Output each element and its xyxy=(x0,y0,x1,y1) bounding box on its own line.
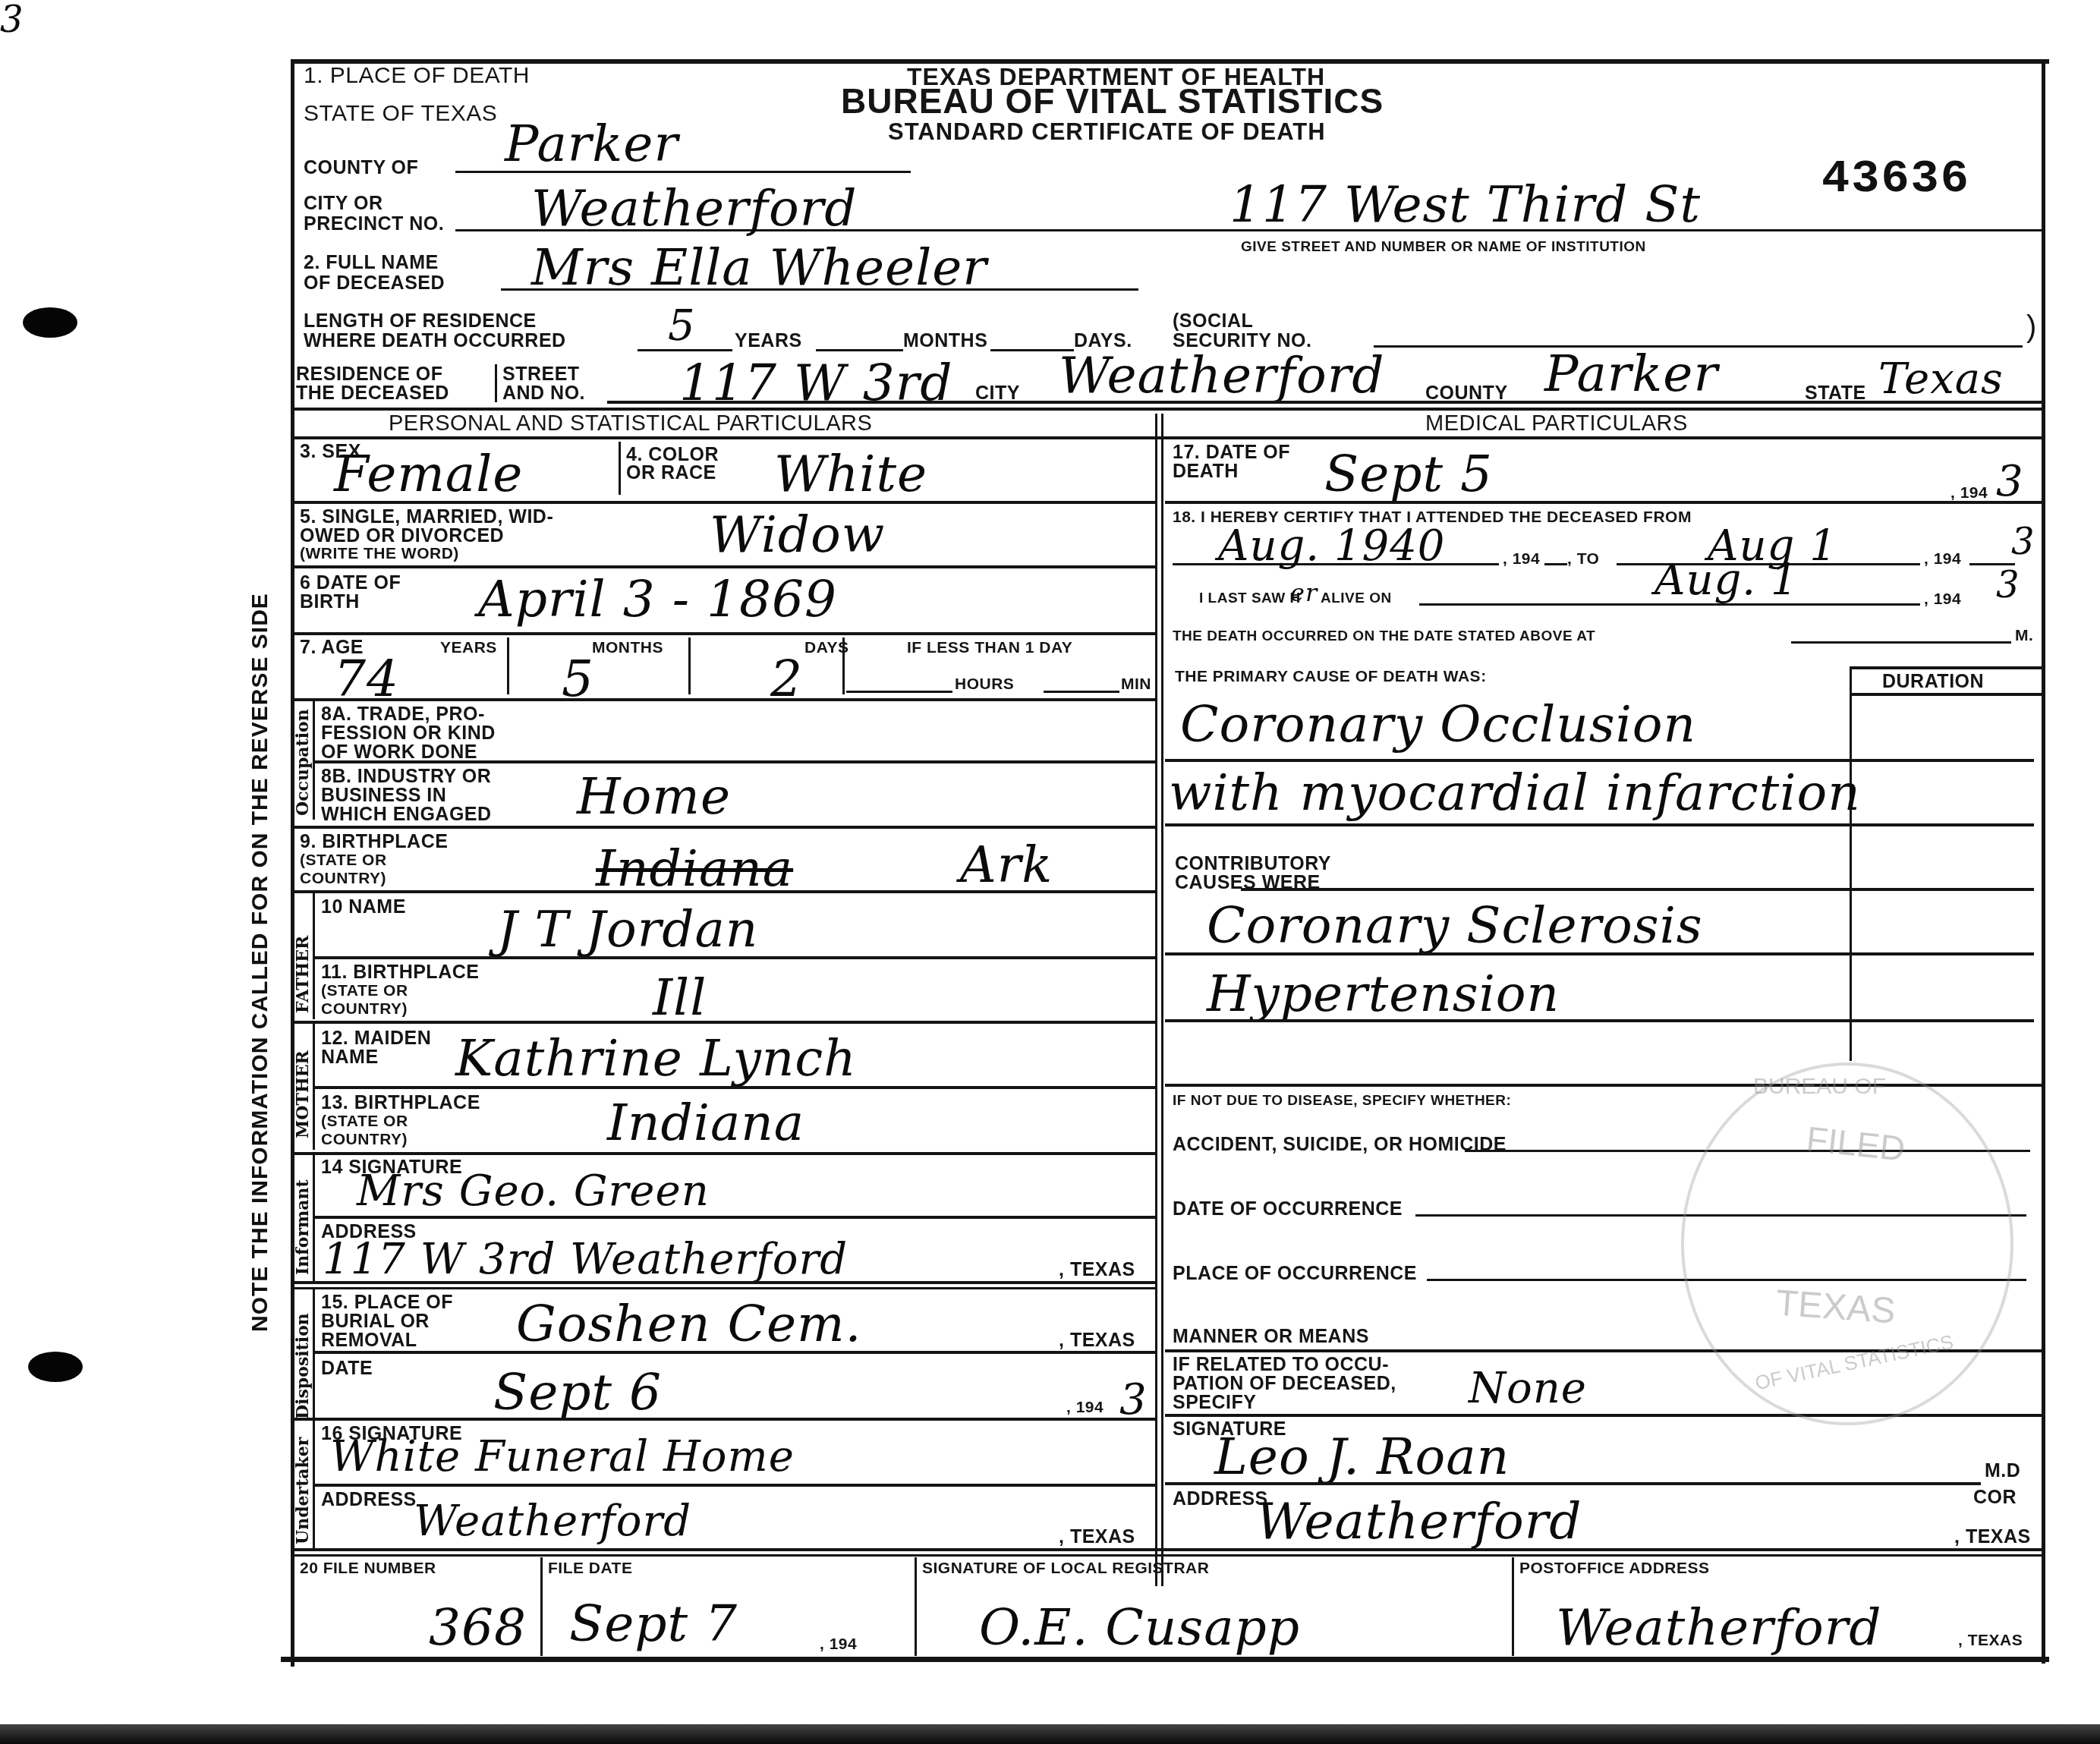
row-line-contributory xyxy=(1241,888,2034,891)
registrar-value[interactable]: O.E. Cusapp xyxy=(979,1601,1300,1654)
residence-line xyxy=(607,401,2042,404)
row-line-dod xyxy=(1165,501,2042,504)
filing-texas-suffix: , TEXAS xyxy=(1958,1632,2023,1649)
residence-county-value[interactable]: Parker xyxy=(1544,348,1718,401)
not-disease-label: IF NOT DUE TO DISEASE, SPECIFY WHETHER: xyxy=(1173,1093,1511,1109)
burial-date-value[interactable]: Sept 6 xyxy=(493,1366,662,1419)
mother-tab-divider xyxy=(313,1021,315,1150)
trade-label-3: OF WORK DONE xyxy=(321,742,477,763)
full-name-value[interactable]: Mrs Ella Wheeler xyxy=(531,241,987,294)
undertaker-address-value[interactable]: Weatherford xyxy=(414,1499,691,1544)
last-saw-year-prefix: , 194 xyxy=(1924,590,1961,608)
industry-label-2: BUSINESS IN xyxy=(321,785,446,806)
last-saw-label-2: ALIVE ON xyxy=(1321,590,1392,606)
industry-label-1: 8B. INDUSTRY OR xyxy=(321,767,491,787)
md-label: M.D xyxy=(1985,1461,2020,1481)
postoffice-value[interactable]: Weatherford xyxy=(1556,1601,1881,1654)
column-divider-right xyxy=(1161,414,1163,1586)
scan-edge-band xyxy=(0,1724,2100,1744)
marital-label-1: 5. SINGLE, MARRIED, WID- xyxy=(300,507,553,527)
row-line-father-name xyxy=(313,956,1155,959)
death-time-suffix: M. xyxy=(2015,627,2033,644)
marital-label-3: (WRITE THE WORD) xyxy=(300,545,459,562)
occupation-tab-divider xyxy=(313,698,315,820)
contributory-line1[interactable]: Coronary Sclerosis xyxy=(1207,899,1703,952)
row-line-primary-1 xyxy=(1165,759,2034,762)
burial-year-digit[interactable]: 3 xyxy=(1119,1377,1148,1423)
form-title: STANDARD CERTIFICATE OF DEATH xyxy=(888,121,1326,142)
full-name-label-1: 2. FULL NAME xyxy=(304,253,439,273)
age-years-label: YEARS xyxy=(440,639,497,656)
row-line-informant-address-2 xyxy=(292,1287,1155,1289)
physician-signature-value[interactable]: Leo J. Roan xyxy=(1214,1431,1510,1484)
certificate-number: 43636 xyxy=(1821,152,1970,206)
row-line-burial xyxy=(313,1351,1155,1354)
father-name-value[interactable]: J T Jordan xyxy=(497,903,758,956)
file-year-prefix: , 194 xyxy=(820,1635,857,1653)
section-title-line xyxy=(292,436,2042,439)
stamp-top-text: BUREAU OF xyxy=(1753,1074,1886,1100)
file-number-label: 20 FILE NUMBER xyxy=(300,1560,436,1577)
residence-years-value[interactable]: 5 xyxy=(668,304,696,349)
duration-label: DURATION xyxy=(1882,672,1984,692)
row-line-age xyxy=(292,698,1155,701)
birthplace-label-1: 9. BIRTHPLACE xyxy=(300,832,448,852)
column-divider-left xyxy=(1155,414,1157,1586)
occupation-related-value[interactable]: None xyxy=(1469,1366,1587,1412)
informant-signature-value[interactable]: Mrs Geo. Green xyxy=(357,1169,710,1214)
less-than-day-label: IF LESS THAN 1 DAY xyxy=(907,639,1072,656)
to-label: , TO xyxy=(1567,550,1599,568)
undertaker-address-label: ADDRESS xyxy=(321,1490,417,1510)
age-divider-2 xyxy=(688,637,691,694)
cor-label: COR xyxy=(1973,1487,2017,1508)
personal-section-title: PERSONAL AND STATISTICAL PARTICULARS xyxy=(389,414,872,434)
father-birthplace-label-2: (STATE OR xyxy=(321,982,408,999)
birthplace-struck-value: Indiana xyxy=(596,842,793,896)
county-of-label: COUNTY OF xyxy=(304,158,418,178)
contributory-label-1: CONTRIBUTORY xyxy=(1175,854,1331,874)
row-line-mother-birthplace xyxy=(292,1152,1155,1155)
last-saw-pronoun[interactable]: er xyxy=(1290,573,1318,612)
row-line-mother-maiden xyxy=(313,1086,1155,1089)
primary-cause-line1[interactable]: Coronary Occlusion xyxy=(1180,698,1696,751)
dob-label-1: 6 DATE OF xyxy=(300,573,401,593)
punch-hole-top xyxy=(23,307,77,338)
mother-birthplace-label-3: COUNTRY) xyxy=(321,1131,408,1148)
full-name-label-2: OF DECEASED xyxy=(304,273,445,294)
burial-label-3: REMOVAL xyxy=(321,1330,417,1351)
dod-year-prefix: , 194 xyxy=(1950,484,1988,502)
min-line xyxy=(1044,691,1119,693)
row-line-undertaker-address xyxy=(292,1548,2042,1551)
burial-date-label: DATE xyxy=(321,1358,373,1379)
marital-value[interactable]: Widow xyxy=(710,508,885,562)
industry-label-3: WHICH ENGAGED xyxy=(321,804,492,825)
row-line-undertaker-address-2 xyxy=(292,1554,2042,1557)
file-date-label: FILE DATE xyxy=(548,1560,632,1577)
attended-from-year-line xyxy=(1544,563,1567,565)
years-line xyxy=(638,349,732,351)
place-of-death-label: 1. PLACE OF DEATH xyxy=(304,65,530,86)
ssn-close-paren: ) xyxy=(2026,317,2037,338)
file-date-value[interactable]: Sept 7 xyxy=(569,1598,738,1651)
frame-bottom xyxy=(281,1657,2049,1662)
primary-cause-line2[interactable]: with myocardial infarction xyxy=(1169,767,1861,820)
father-birthplace-label-3: COUNTRY) xyxy=(321,1000,408,1018)
reverse-side-note: NOTE THE INFORMATION CALLED FOR ON THE R… xyxy=(247,593,273,1332)
mother-birthplace-label-2: (STATE OR xyxy=(321,1113,408,1130)
death-time-label: THE DEATH OCCURRED ON THE DATE STATED AB… xyxy=(1173,628,1595,644)
burial-year-prefix: , 194 xyxy=(1066,1399,1104,1416)
city-value[interactable]: Weatherford xyxy=(531,182,857,235)
hours-label: HOURS xyxy=(955,675,1014,693)
mother-birthplace-value[interactable]: Indiana xyxy=(607,1097,804,1150)
residence-label-1: RESIDENCE OF xyxy=(296,364,443,385)
row-line-marital xyxy=(292,565,1155,568)
bureau-title: BUREAU OF VITAL STATISTICS xyxy=(841,91,1384,112)
row-line-informant-sig xyxy=(313,1216,1155,1219)
registrar-label: SIGNATURE OF LOCAL REGISTRAR xyxy=(922,1560,1209,1577)
informant-address-value[interactable]: 117 W 3rd Weatherford xyxy=(323,1237,848,1283)
attended-to-year-prefix: , 194 xyxy=(1924,550,1961,568)
mother-maiden-label-2: NAME xyxy=(321,1047,379,1068)
city-precinct-label-1: CITY OR xyxy=(304,194,383,214)
punch-hole-bottom xyxy=(28,1352,83,1382)
residence-state-value[interactable]: Texas xyxy=(1878,357,2004,402)
place-occurrence-label: PLACE OF OCCURRENCE xyxy=(1173,1264,1417,1284)
row-line-industry xyxy=(292,826,1155,829)
months-label: MONTHS xyxy=(903,331,987,351)
mother-maiden-value[interactable]: Kathrine Lynch xyxy=(455,1032,857,1085)
father-tab: FATHER xyxy=(293,936,313,1013)
filing-divider-1 xyxy=(540,1557,543,1656)
residence-length-label-2: WHERE DEATH OCCURRED xyxy=(304,331,566,351)
row-line-physician-sig xyxy=(1165,1482,1981,1485)
filing-divider-3 xyxy=(1512,1557,1514,1656)
row-line-trade xyxy=(313,760,1155,763)
row-line-primary-2 xyxy=(1165,823,2034,826)
last-saw-year-digit[interactable]: 3 xyxy=(1996,565,2020,605)
contributory-line2[interactable]: Hypertension xyxy=(1207,968,1560,1021)
father-birthplace-value[interactable]: Ill xyxy=(653,971,707,1025)
residence-city-value[interactable]: Weatherford xyxy=(1059,349,1384,402)
father-tab-divider xyxy=(313,890,315,1019)
burial-label-1: 15. PLACE OF xyxy=(321,1292,453,1313)
duration-header-line xyxy=(1850,693,2042,696)
father-birthplace-label-1: 11. BIRTHPLACE xyxy=(321,962,479,983)
undertaker-texas-suffix: , TEXAS xyxy=(1059,1527,1135,1547)
frame-right xyxy=(2042,62,2045,1664)
color-value[interactable]: White xyxy=(774,448,927,501)
medical-section-title: MEDICAL PARTICULARS xyxy=(1425,414,1688,434)
county-of-value[interactable]: Parker xyxy=(505,118,678,171)
hours-line xyxy=(846,691,952,693)
postoffice-label: POSTOFFICE ADDRESS xyxy=(1519,1560,1710,1577)
burial-value[interactable]: Goshen Cem. xyxy=(516,1298,862,1351)
city-precinct-label-2: PRECINCT NO. xyxy=(304,214,444,235)
age-divider-1 xyxy=(507,637,509,694)
primary-cause-label: THE PRIMARY CAUSE OF DEATH WAS: xyxy=(1175,668,1487,685)
industry-value[interactable]: Home xyxy=(577,770,731,823)
disposition-tab: Disposition xyxy=(293,1313,313,1419)
sex-color-divider xyxy=(619,442,621,495)
father-name-label: 10 NAME xyxy=(321,897,406,918)
street-hint: GIVE STREET AND NUMBER OR NAME OF INSTIT… xyxy=(1241,239,1646,255)
residence-street-label-1: STREET xyxy=(502,364,580,385)
dod-value[interactable]: Sept 5 xyxy=(1324,448,1493,501)
residence-length-label-1: LENGTH OF RESIDENCE xyxy=(304,311,537,332)
file-number-value[interactable]: 368 xyxy=(429,1601,527,1654)
ssn-label-1: (SOCIAL xyxy=(1173,311,1253,332)
accident-label: ACCIDENT, SUICIDE, OR HOMICIDE xyxy=(1173,1135,1507,1155)
row-line-contributory-2 xyxy=(1165,1019,2034,1022)
physician-address-label: ADDRESS xyxy=(1173,1489,1268,1509)
physician-address-value[interactable]: Weatherford xyxy=(1256,1495,1582,1548)
residence-divider xyxy=(495,364,497,402)
frame-left xyxy=(291,59,294,1667)
years-label: YEARS xyxy=(735,331,802,351)
birthplace-value[interactable]: Ark xyxy=(960,839,1053,892)
row-line-father-birthplace xyxy=(292,1021,1155,1024)
marital-label-2: OWED OR DIVORCED xyxy=(300,526,504,546)
date-occurrence-label: DATE OF OCCURRENCE xyxy=(1173,1199,1403,1220)
row-line-dob xyxy=(292,632,1155,635)
color-label-2: OR RACE xyxy=(626,463,716,483)
death-time-line xyxy=(1791,641,2011,644)
occupation-related-label-1: IF RELATED TO OCCU- xyxy=(1173,1355,1389,1375)
birthplace-label-2: (STATE OR xyxy=(300,852,387,869)
state-of-texas-label: STATE OF TEXAS xyxy=(304,103,497,124)
undertaker-tab: Undertaker xyxy=(293,1437,313,1544)
occupation-tab: Occupation xyxy=(293,709,313,816)
undertaker-signature-value[interactable]: White Funeral Home xyxy=(330,1434,795,1480)
row-line-birthplace xyxy=(292,890,1155,893)
occupation-related-label-2: PATION OF DECEASED, xyxy=(1173,1374,1396,1394)
attended-to-year-digit[interactable]: 3 xyxy=(2011,522,2035,562)
trade-label-2: FESSION OR KIND xyxy=(321,723,496,744)
row-line-undertaker-sig xyxy=(313,1484,1155,1487)
row-line-sex xyxy=(292,501,1155,504)
sex-value[interactable]: Female xyxy=(334,448,523,501)
row-line-burial-date xyxy=(292,1418,1155,1421)
duration-top-line xyxy=(1850,666,2042,669)
file-year-digit[interactable]: 3 xyxy=(0,0,24,39)
manner-label: MANNER OR MEANS xyxy=(1173,1327,1369,1347)
burial-label-2: BURIAL OR xyxy=(321,1311,430,1332)
dod-label-1: 17. DATE OF xyxy=(1173,442,1290,463)
informant-tab: Informant xyxy=(293,1179,313,1275)
stamp-texas-text: TEXAS xyxy=(1774,1283,1897,1333)
row-line-informant-address xyxy=(292,1281,1155,1284)
age-months-label: MONTHS xyxy=(592,639,663,656)
dod-label-2: DEATH xyxy=(1173,461,1239,482)
duration-column-divider xyxy=(1850,666,1852,1061)
trade-label-1: 8A. TRADE, PRO- xyxy=(321,704,485,725)
residence-double-line xyxy=(292,408,2042,411)
filing-divider-2 xyxy=(915,1557,917,1656)
mother-birthplace-label-1: 13. BIRTHPLACE xyxy=(321,1093,480,1113)
street-value[interactable]: 117 West Third St xyxy=(1229,178,1701,231)
physician-texas-suffix: , TEXAS xyxy=(1954,1527,2031,1547)
mother-maiden-label-1: 12. MAIDEN xyxy=(321,1028,431,1049)
last-saw-value[interactable]: Aug. 1 xyxy=(1654,558,1799,603)
dob-value[interactable]: April 3 - 1869 xyxy=(478,573,837,626)
row-line-contributory-1 xyxy=(1165,952,2034,955)
row-line-occupation-related xyxy=(1165,1414,2042,1417)
burial-texas-suffix: , TEXAS xyxy=(1059,1330,1135,1351)
dob-label-2: BIRTH xyxy=(300,592,360,612)
occupation-related-label-3: SPECIFY xyxy=(1173,1393,1256,1413)
min-label: MIN xyxy=(1121,675,1151,693)
mother-tab: MOTHER xyxy=(293,1050,313,1138)
months-line xyxy=(816,349,903,351)
informant-texas-suffix: , TEXAS xyxy=(1059,1260,1135,1280)
attended-from-year-prefix: , 194 xyxy=(1503,550,1540,568)
age-divider-3 xyxy=(842,637,845,694)
last-saw-label-1: I LAST SAW H xyxy=(1199,590,1301,606)
attended-from-value[interactable]: Aug. 1940 xyxy=(1218,524,1445,569)
dod-year-digit[interactable]: 3 xyxy=(1996,459,2024,505)
residence-label-2: THE DECEASED xyxy=(296,383,449,404)
residence-street-label-2: AND NO. xyxy=(502,383,585,404)
birthplace-label-3: COUNTRY) xyxy=(300,870,386,887)
